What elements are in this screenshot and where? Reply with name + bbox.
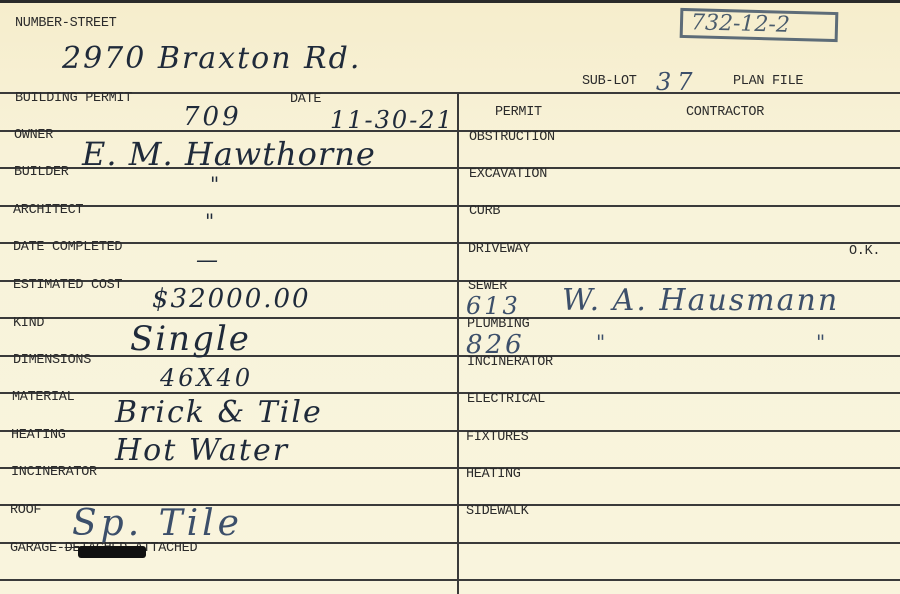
- permit-column-header: PERMIT: [495, 106, 542, 120]
- plumbing-note: ": [816, 332, 825, 352]
- fixtures-label: FIXTURES: [466, 431, 528, 445]
- driveway-note: O.K.: [849, 245, 880, 259]
- architect-label: ARCHITECT: [13, 204, 83, 218]
- builder-label: BUILDER: [14, 166, 69, 180]
- contractor-column-header: CONTRACTOR: [686, 106, 764, 120]
- roof-value: Sp. Tile: [72, 506, 243, 542]
- builder-value: ": [210, 174, 219, 194]
- rule-line: [0, 392, 900, 394]
- material-label: MATERIAL: [12, 391, 74, 405]
- electrical-label: ELECTRICAL: [467, 393, 545, 407]
- redaction-mark: [78, 546, 146, 558]
- owner-label: OWNER: [14, 129, 53, 143]
- plan-file-label: PLAN FILE: [733, 75, 803, 89]
- garage-prefix: GARAGE-: [10, 541, 65, 556]
- obstruction-label: OBSTRUCTION: [469, 131, 555, 145]
- number-street-value: 2970 Braxton Rd.: [62, 44, 361, 74]
- architect-value: ": [205, 211, 214, 231]
- rule-line: [0, 579, 900, 581]
- sidewalk-label: SIDEWALK: [466, 505, 528, 519]
- building-permit-label: BUILDING PERMIT: [15, 92, 132, 106]
- date-label: DATE: [290, 93, 321, 107]
- heating-value: Hot Water: [115, 436, 289, 466]
- rule-line: [0, 430, 900, 432]
- rule-line: [0, 92, 900, 94]
- rule-line: [0, 205, 900, 207]
- dimensions-label: DIMENSIONS: [13, 354, 91, 368]
- driveway-label: DRIVEWAY: [468, 243, 530, 257]
- rule-line: [0, 280, 900, 282]
- sub-lot-value: 37: [656, 70, 699, 94]
- column-divider: [457, 92, 459, 594]
- heating-permit-label: HEATING: [466, 468, 521, 482]
- estimated-cost-value: $32000.00: [152, 286, 311, 312]
- roof-label: ROOF: [10, 504, 41, 518]
- building-permit-value: 709: [183, 104, 242, 130]
- date-completed-label: DATE COMPLETED: [13, 241, 122, 255]
- incinerator-permit-label: INCINERATOR: [467, 356, 553, 370]
- sub-lot-label: SUB-LOT: [582, 75, 637, 89]
- excavation-label: EXCAVATION: [469, 168, 547, 182]
- kind-label: KIND: [13, 317, 44, 331]
- dimensions-value: 46X40: [160, 366, 253, 390]
- card-top-edge: [0, 0, 900, 3]
- rule-line: [0, 242, 900, 244]
- sewer-contractor-value: W. A. Hausmann: [562, 286, 839, 316]
- owner-value: E. M. Hawthorne: [82, 138, 376, 170]
- plumbing-contractor-value: ": [596, 332, 605, 352]
- curb-label: CURB: [469, 205, 500, 219]
- date-completed-value: —: [196, 250, 218, 272]
- incinerator-label: INCINERATOR: [11, 466, 97, 480]
- file-number-stamp: 732-12-2: [680, 8, 839, 42]
- date-value: 11-30-21: [330, 108, 454, 132]
- material-value: Brick & Tile: [115, 398, 323, 428]
- estimated-cost-label: ESTIMATED COST: [13, 279, 122, 293]
- sewer-permit-value: 613: [466, 294, 521, 318]
- number-street-label: NUMBER-STREET: [15, 17, 116, 31]
- kind-value: Single: [130, 322, 251, 356]
- permit-card: 732-12-2 NUMBER-STREET 2970 Braxton Rd. …: [0, 0, 900, 594]
- heating-label: HEATING: [11, 429, 66, 443]
